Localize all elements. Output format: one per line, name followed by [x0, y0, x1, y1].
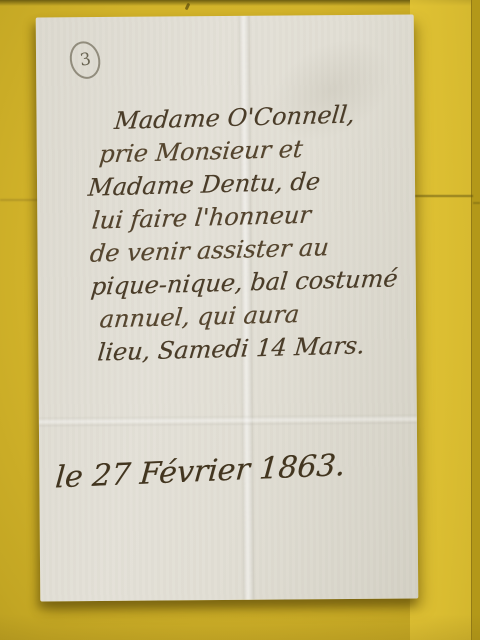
background-crease-left — [0, 199, 40, 201]
letter-body: Madame O'Connell, prie Monsieur et Madam… — [36, 97, 419, 371]
circled-number-value: 3 — [78, 49, 92, 70]
background-crease-right-far — [473, 202, 480, 204]
background-right-dark-strip — [471, 0, 480, 640]
photograph-of-letter: 3 Madame O'Connell, prie Monsieur et Mad… — [0, 0, 480, 640]
background-top-shadow — [0, 0, 480, 6]
letter-paper: 3 Madame O'Connell, prie Monsieur et Mad… — [36, 15, 419, 602]
background-bottom-vignette — [0, 614, 480, 640]
background-crease-right — [414, 195, 473, 197]
background-right-light-band — [410, 0, 473, 640]
